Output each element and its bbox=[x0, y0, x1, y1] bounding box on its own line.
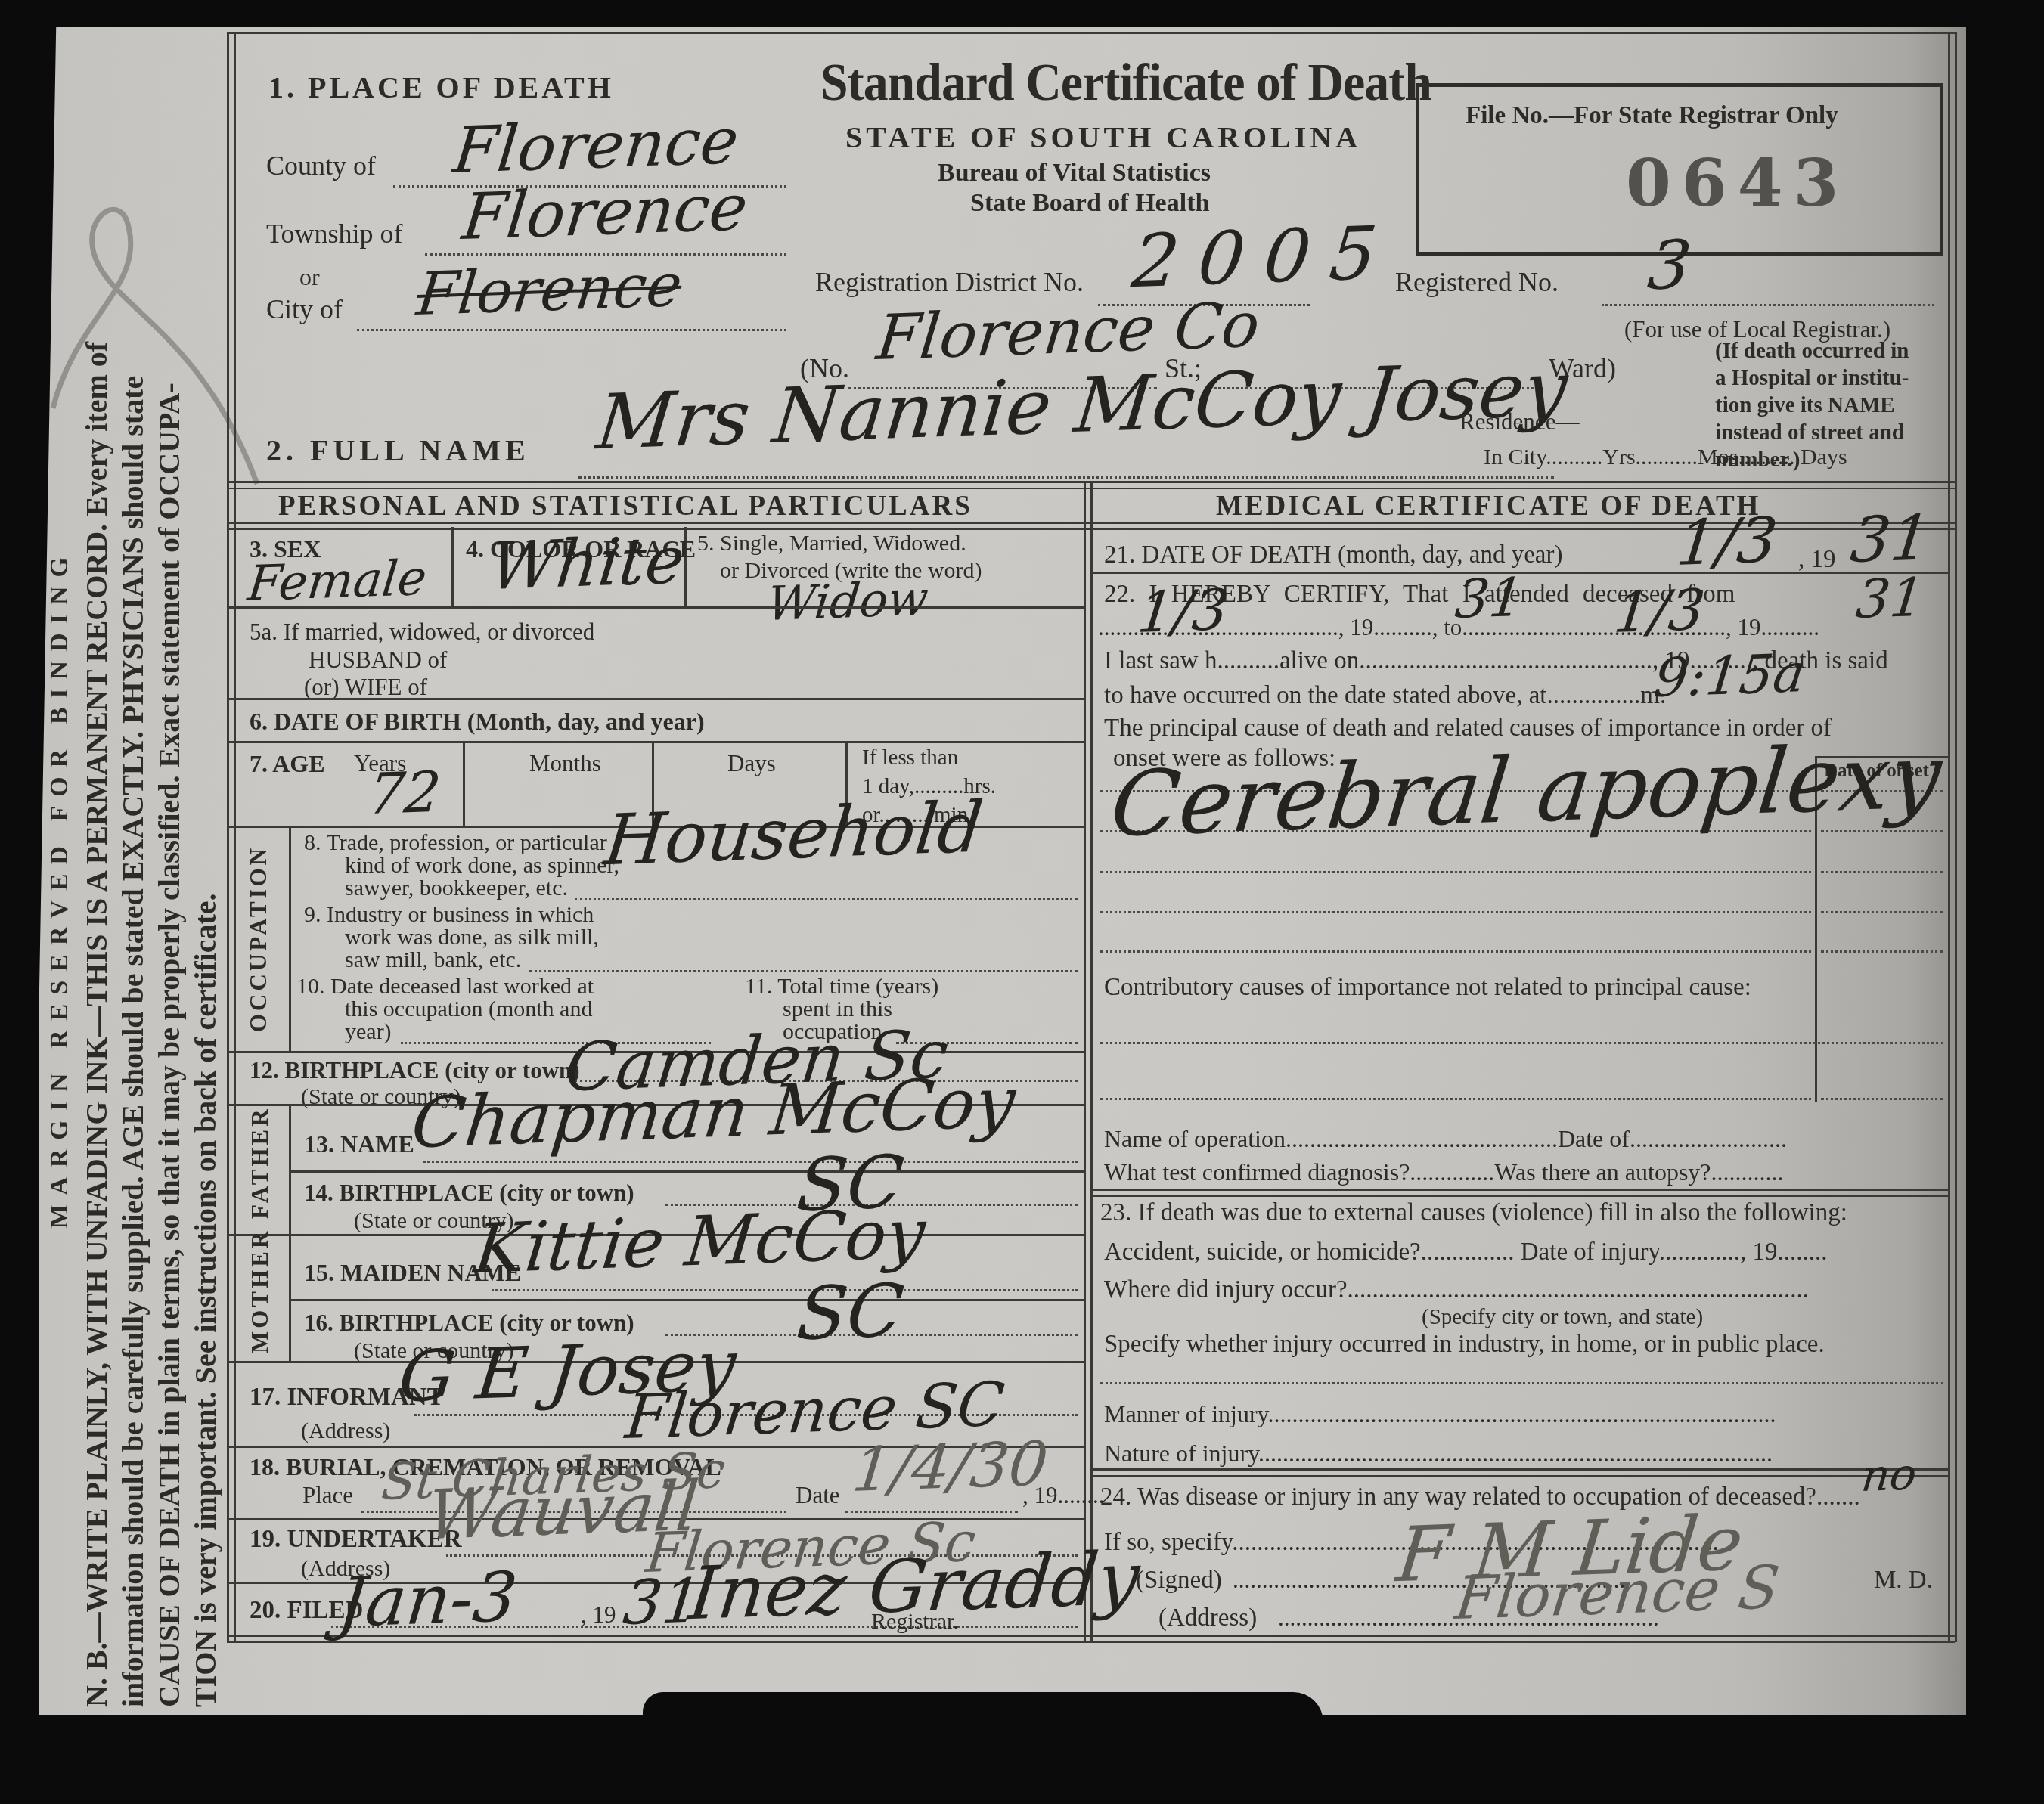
rule bbox=[1093, 1468, 1948, 1477]
field-5a-line: 5a. If married, widowed, or divorced bbox=[250, 618, 594, 646]
field-22-line: to have occurred on the date stated abov… bbox=[1104, 682, 1666, 710]
hospital-note-line: a Hospital or institu- bbox=[1715, 366, 1909, 391]
nature-of-injury-line: Nature of injury........................… bbox=[1104, 1440, 1773, 1468]
dotted-line bbox=[578, 476, 1554, 479]
field-9-line: 9. Industry or business in which bbox=[304, 902, 594, 928]
field-22-time-value: 9:15a bbox=[1652, 642, 1808, 709]
color-race-value: White bbox=[486, 522, 688, 605]
city-label: City of bbox=[266, 293, 343, 325]
margin-binding-note: MARGIN RESERVED FOR BINDING bbox=[45, 548, 74, 1229]
test-line: What test confirmed diagnosis?..........… bbox=[1104, 1158, 1784, 1186]
signed-label: (Signed) bbox=[1136, 1567, 1222, 1595]
file-box-label: File No.—For State Registrar Only bbox=[1466, 102, 1838, 130]
md-label: M. D. bbox=[1874, 1567, 1933, 1595]
rule bbox=[227, 606, 1084, 609]
residence-label: Residence— bbox=[1459, 408, 1579, 436]
scan-border bbox=[1966, 0, 2044, 1804]
hospital-note-line: (If death occurred in bbox=[1715, 339, 1909, 364]
dotted-line bbox=[1100, 1098, 1811, 1100]
field-9-line: saw mill, bank, etc. bbox=[345, 947, 521, 973]
field-21-year-printed: , 19 bbox=[1798, 546, 1836, 574]
age-less-line: If less than bbox=[862, 745, 958, 770]
form-border bbox=[1955, 32, 1957, 1642]
field-23-specify-industry: Specify whether injury occurred in indus… bbox=[1104, 1331, 1825, 1359]
certificate-title: Standard Certificate of Death bbox=[820, 53, 1431, 113]
township-value: Florence bbox=[459, 170, 752, 255]
board-name: State Board of Health bbox=[970, 189, 1209, 218]
cell-divider bbox=[463, 741, 465, 826]
township-label: Township of bbox=[266, 218, 402, 250]
dotted-line bbox=[529, 970, 1078, 972]
margin-nb-line: N. B.—WRITE PLAINLY, WITH UNFADING INK—T… bbox=[79, 342, 114, 1707]
field-22-from-value: 1/3 bbox=[1134, 578, 1231, 646]
dob-label: 6. DATE OF BIRTH (Month, day, and year) bbox=[250, 708, 705, 736]
margin-nb-line: information should be carefully supplied… bbox=[115, 376, 150, 1707]
age-label: 7. AGE bbox=[250, 750, 325, 778]
field-18-place-label: Place bbox=[302, 1482, 353, 1509]
field-17-address-label: (Address) bbox=[301, 1418, 390, 1444]
bureau-name: Bureau of Vital Statistics bbox=[938, 159, 1211, 188]
marital-value: Widow bbox=[765, 570, 931, 631]
rule bbox=[289, 1170, 1084, 1173]
cell-divider bbox=[289, 826, 291, 1051]
field-10-line: 10. Date deceased last worked at bbox=[296, 974, 594, 1000]
mother-side-label: MOTHER bbox=[247, 1229, 274, 1353]
age-years-value: 72 bbox=[365, 760, 443, 828]
scan-border bbox=[0, 0, 2044, 27]
cell-divider bbox=[289, 1104, 291, 1234]
dotted-line bbox=[1821, 911, 1943, 913]
registrar-label: Registrar. bbox=[871, 1609, 959, 1635]
margin-nb-line: CAUSE OF DEATH in plain terms, so that i… bbox=[151, 383, 187, 1707]
dotted-line bbox=[1821, 871, 1943, 873]
dotted-line bbox=[1100, 1382, 1943, 1384]
field-18-date-label: Date bbox=[796, 1482, 840, 1509]
field-23-accident-line: Accident, suicide, or homicide?.........… bbox=[1104, 1238, 1827, 1266]
occupation-side-label: OCCUPATION bbox=[245, 845, 272, 1032]
field-13-label: 13. NAME bbox=[304, 1130, 414, 1158]
rule bbox=[1093, 1189, 1948, 1197]
address-label: (Address) bbox=[1158, 1604, 1257, 1632]
dotted-line bbox=[1821, 1098, 1943, 1100]
file-number-stamp: 0643 bbox=[1626, 145, 1849, 222]
field-10-line: this occupation (month and bbox=[345, 997, 592, 1022]
field-5a-line: (or) WIFE of bbox=[304, 674, 427, 701]
field-11-line: 11. Total time (years) bbox=[745, 974, 938, 1000]
place-of-death-heading: 1. PLACE OF DEATH bbox=[268, 70, 614, 105]
contributory-label: Contributory causes of importance not re… bbox=[1104, 974, 1751, 1002]
personal-section-title: PERSONAL AND STATISTICAL PARTICULARS bbox=[278, 490, 972, 522]
death-certificate-scan: MARGIN RESERVED FOR BINDING N. B.—WRITE … bbox=[0, 0, 2044, 1804]
rule bbox=[227, 741, 1084, 743]
dotted-line bbox=[1100, 950, 1811, 953]
physician-address-value: Florence S bbox=[1452, 1554, 1782, 1633]
dotted-line bbox=[575, 898, 1078, 900]
field-8-line: kind of work done, as spinner, bbox=[345, 853, 619, 879]
sex-value: Female bbox=[245, 550, 430, 613]
margin-nb-line: TION is very important. See instructions… bbox=[188, 893, 223, 1707]
registered-no-label: Registered No. bbox=[1395, 266, 1559, 298]
scan-border bbox=[0, 1715, 2044, 1804]
father-side-label: FATHER bbox=[247, 1106, 274, 1219]
field-24-value: no bbox=[1859, 1448, 1918, 1502]
scan-border-torn-edge bbox=[643, 1692, 1323, 1722]
field-18-year: , 19........ bbox=[1022, 1482, 1105, 1509]
dotted-line bbox=[1100, 871, 1811, 873]
full-name-label: 2. FULL NAME bbox=[266, 432, 530, 468]
form-border bbox=[227, 32, 229, 1642]
registration-district-value: 2005 bbox=[1128, 210, 1400, 305]
dotted-line bbox=[357, 329, 786, 331]
age-days-label: Days bbox=[727, 750, 776, 777]
field-23-where-line: Where did injury occur?.................… bbox=[1104, 1276, 1809, 1304]
column-divider bbox=[1084, 481, 1086, 1642]
field-23-specify-city: (Specify city or town, and state) bbox=[1422, 1305, 1703, 1330]
registration-district-label: Registration District No. bbox=[815, 266, 1084, 298]
field-14-label: 14. BIRTHPLACE (city or town) bbox=[304, 1179, 634, 1207]
state-name: STATE OF SOUTH CAROLINA bbox=[845, 119, 1361, 155]
manner-of-injury-line: Manner of injury........................… bbox=[1104, 1400, 1776, 1428]
field-8-line: 8. Trade, profession, or particular bbox=[304, 830, 607, 856]
registered-no-value: 3 bbox=[1645, 225, 1695, 305]
marital-label: 5. Single, Married, Widowed. bbox=[697, 531, 966, 556]
field-10-line: year) bbox=[345, 1019, 392, 1045]
field-20-year-printed: , 19 bbox=[581, 1601, 616, 1629]
form-border bbox=[1948, 32, 1950, 1642]
dotted-line bbox=[1100, 911, 1811, 913]
medical-section-title: MEDICAL CERTIFICATE OF DEATH bbox=[1216, 490, 1760, 522]
field-8-line: sawyer, bookkeeper, etc. bbox=[345, 876, 568, 901]
field-22-from-year: 31 bbox=[1453, 566, 1527, 631]
operation-line: Name of operation.......................… bbox=[1104, 1125, 1787, 1153]
residence-line: In City..........Yrs...........Mos......… bbox=[1484, 445, 1847, 470]
dotted-line bbox=[1100, 1042, 1943, 1044]
age-months-label: Months bbox=[529, 750, 601, 777]
field-20-date-value: Jan-3 bbox=[334, 1558, 520, 1644]
form-border bbox=[227, 32, 1955, 34]
rule bbox=[289, 1299, 1084, 1301]
hospital-note-line: instead of street and bbox=[1715, 420, 1904, 445]
field-22-to-value: 1/3 bbox=[1611, 578, 1707, 646]
field-22-to-year: 31 bbox=[1853, 566, 1928, 631]
field-23-label: 23. If death was due to external causes … bbox=[1100, 1199, 1847, 1227]
dotted-line bbox=[1821, 950, 1943, 953]
field-21-value: 1/3 bbox=[1673, 504, 1781, 580]
field-18-date-value: 1/4/30 bbox=[849, 1428, 1051, 1505]
rule bbox=[227, 698, 1084, 700]
field-21-label: 21. DATE OF DEATH (month, day, and year) bbox=[1104, 541, 1562, 569]
cell-divider bbox=[451, 527, 454, 606]
form-border bbox=[234, 32, 236, 1642]
field-5a-line: HUSBAND of bbox=[309, 646, 447, 674]
dotted-line bbox=[423, 1161, 1078, 1163]
county-label: County of bbox=[266, 150, 376, 181]
field-8-value: Household bbox=[600, 786, 986, 881]
field-16-value: SC bbox=[793, 1268, 907, 1356]
dotted-line bbox=[492, 1289, 1078, 1291]
hospital-note-line: tion give its NAME bbox=[1715, 393, 1895, 418]
cell-divider bbox=[289, 1234, 291, 1361]
field-9-line: work was done, as silk mill, bbox=[345, 925, 599, 950]
city-value: Florence bbox=[414, 252, 685, 330]
or-label: or bbox=[299, 263, 320, 291]
column-divider bbox=[1090, 481, 1093, 1642]
